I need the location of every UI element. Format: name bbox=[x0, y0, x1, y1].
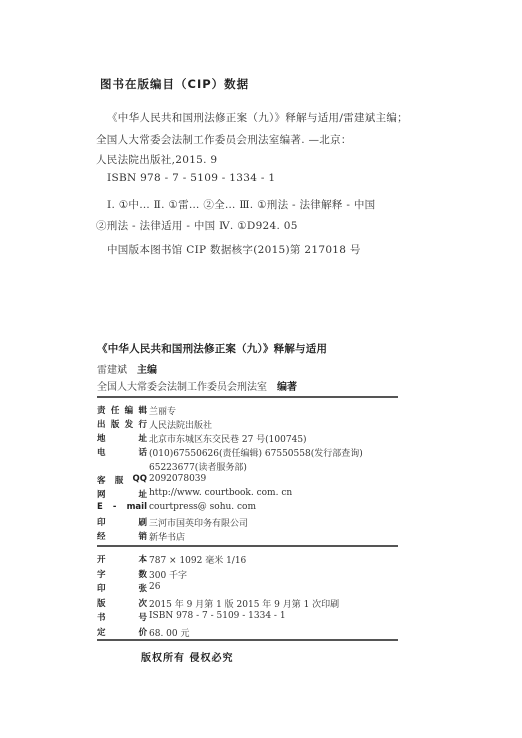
label-char: 经 bbox=[97, 530, 106, 542]
row-value: 三河市国英印务有限公司 bbox=[149, 516, 248, 529]
label-char: 数 bbox=[138, 568, 147, 580]
row-value: (010)67550626(责任编辑) 67550558(发行部查询) bbox=[149, 446, 363, 459]
copyright-notice: 版权所有 侵权必究 bbox=[141, 649, 233, 664]
row-value: courtpress@ sohu. com bbox=[149, 502, 256, 512]
label-char: 版 bbox=[111, 418, 120, 430]
cip-classification-2: ②刑法 - 法律适用 - 中国 Ⅳ. ①D924. 05 bbox=[96, 218, 298, 233]
row-value: http://www. courtbook. com. cn bbox=[149, 488, 292, 498]
row-label: 版次 bbox=[97, 597, 147, 609]
label-char: 发 bbox=[125, 418, 134, 430]
row-value: 新华书店 bbox=[149, 530, 185, 543]
row-label: 网址 bbox=[97, 488, 147, 500]
row-value: 68. 00 元 bbox=[149, 626, 190, 639]
row-label: 书号 bbox=[97, 611, 147, 623]
label-char: 版 bbox=[97, 597, 106, 609]
divider-bottom bbox=[97, 639, 398, 641]
row-label: 印张 bbox=[97, 582, 147, 594]
row-value: 2092078039 bbox=[149, 474, 206, 484]
compiler-name: 全国人大常委会法制工作委员会刑法室 bbox=[97, 382, 267, 393]
cip-line-3: 人民法院出版社,2015. 9 bbox=[96, 152, 217, 167]
row-label: 出版发行 bbox=[97, 418, 147, 430]
label-char: 服 bbox=[115, 474, 124, 486]
row-label: 定价 bbox=[97, 626, 147, 638]
label-char: 客 bbox=[97, 474, 106, 486]
label-char: 次 bbox=[138, 597, 147, 609]
row-label: 开本 bbox=[97, 553, 147, 565]
label-char: 网 bbox=[97, 488, 106, 500]
label-char: 话 bbox=[138, 446, 147, 458]
row-value: 65223677(读者服务部) bbox=[149, 460, 247, 473]
label-char: 刷 bbox=[138, 516, 147, 528]
row-label: E-mail bbox=[97, 502, 147, 512]
compiler-role: 编著 bbox=[277, 382, 297, 393]
row-label: 地址 bbox=[97, 432, 147, 444]
compiler-line: 全国人大常委会法制工作委员会刑法室编著 bbox=[97, 378, 297, 393]
label-char: 书 bbox=[97, 611, 106, 623]
cip-line-1: 《中华人民共和国刑法修正案（九）》释解与适用/雷建斌主编； bbox=[107, 110, 408, 125]
row-label: 责任编辑 bbox=[97, 404, 147, 416]
label-char: 价 bbox=[138, 626, 147, 638]
row-value: 787 × 1092 毫米 1/16 bbox=[149, 553, 246, 566]
row-value: 人民法院出版社 bbox=[149, 418, 212, 431]
row-value: ISBN 978 - 7 - 5109 - 1334 - 1 bbox=[149, 611, 286, 621]
editor-line: 雷建斌主编 bbox=[97, 361, 157, 376]
label-char: 辑 bbox=[138, 404, 147, 416]
editor-name: 雷建斌 bbox=[97, 365, 127, 376]
row-label: 客服QQ bbox=[97, 474, 147, 486]
label-char: 本 bbox=[138, 553, 147, 565]
cip-record-number: 中国版本图书馆 CIP 数据核字(2015)第 217018 号 bbox=[107, 242, 361, 257]
label-char: 印 bbox=[97, 582, 106, 594]
label-char: 印 bbox=[97, 516, 106, 528]
row-label: 印刷 bbox=[97, 516, 147, 528]
label-char: 地 bbox=[97, 432, 106, 444]
cip-classification-1: Ⅰ. ①中… Ⅱ. ①雷… ②全… Ⅲ. ①刑法 - 法律解释 - 中国 bbox=[107, 197, 375, 212]
label-char: 行 bbox=[138, 418, 147, 430]
label-char: 编 bbox=[125, 404, 134, 416]
row-value: 北京市东城区东交民巷 27 号(100745) bbox=[149, 432, 307, 445]
row-label: 电话 bbox=[97, 446, 147, 458]
row-value: 2015 年 9 月第 1 版 2015 年 9 月第 1 次印刷 bbox=[149, 597, 339, 610]
editor-role: 主编 bbox=[137, 365, 157, 376]
label-char: 定 bbox=[97, 626, 106, 638]
cip-isbn: ISBN 978 - 7 - 5109 - 1334 - 1 bbox=[107, 172, 275, 184]
label-char: 任 bbox=[111, 404, 120, 416]
label-char: 址 bbox=[138, 488, 147, 500]
label-char: - bbox=[113, 502, 117, 512]
label-char: 号 bbox=[138, 611, 147, 623]
label-char: 出 bbox=[97, 418, 106, 430]
label-char: E bbox=[97, 502, 103, 512]
row-label: 字数 bbox=[97, 568, 147, 580]
label-char: QQ bbox=[133, 474, 147, 486]
divider-middle bbox=[97, 545, 398, 547]
label-char: 址 bbox=[138, 432, 147, 444]
label-char: 字 bbox=[97, 568, 106, 580]
book-title: 《中华人民共和国刑法修正案（九）》释解与适用 bbox=[97, 341, 327, 356]
label-char: 开 bbox=[97, 553, 106, 565]
row-value: 26 bbox=[149, 582, 160, 592]
label-char: 电 bbox=[97, 446, 106, 458]
cip-heading: 图书在版编目（CIP）数据 bbox=[100, 76, 249, 92]
row-value: 兰丽专 bbox=[149, 404, 176, 417]
label-char: 张 bbox=[138, 582, 147, 594]
label-char: 责 bbox=[97, 404, 106, 416]
row-value: 300 千字 bbox=[149, 568, 187, 581]
cip-line-2: 全国人大常委会法制工作委员会刑法室编著. —北京： bbox=[96, 132, 352, 147]
label-char: mail bbox=[127, 502, 147, 512]
divider-top bbox=[97, 396, 398, 398]
row-label: 经销 bbox=[97, 530, 147, 542]
label-char: 销 bbox=[138, 530, 147, 542]
